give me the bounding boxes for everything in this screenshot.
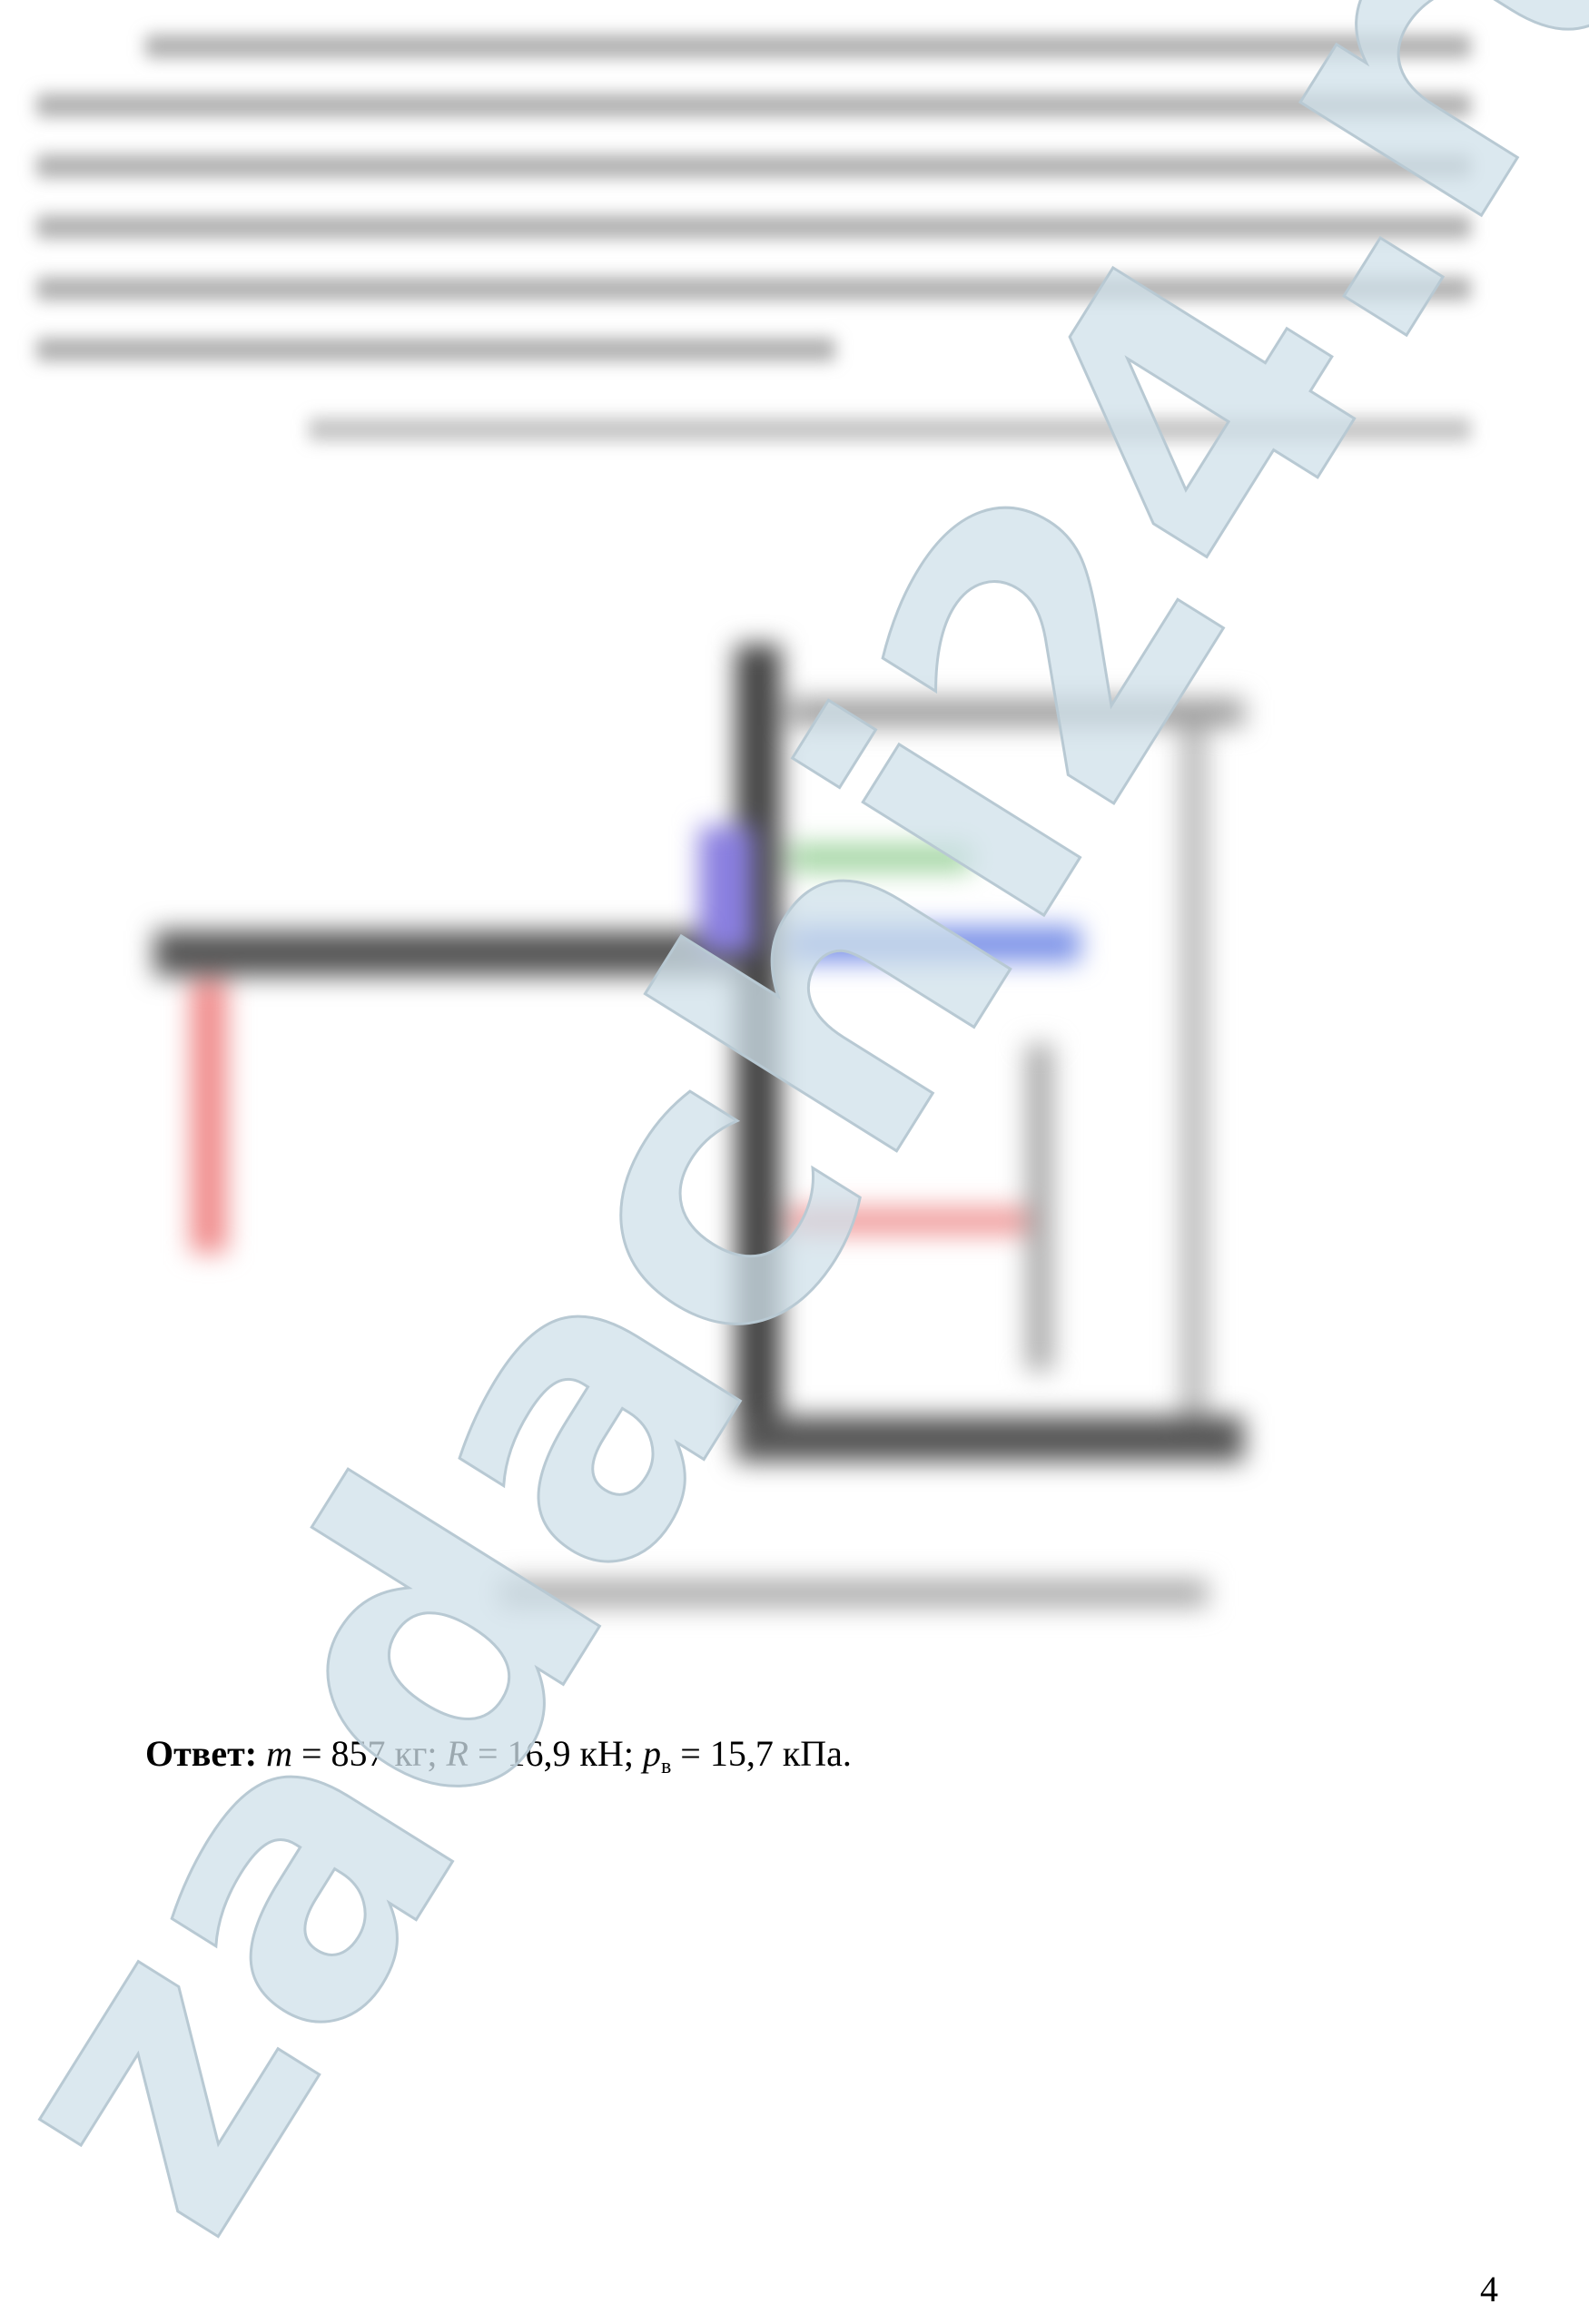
force-value: = 16,9 кН; — [469, 1733, 643, 1774]
pressure-symbol: p — [643, 1733, 661, 1774]
pressure-subscript: в — [661, 1755, 671, 1778]
force-symbol: R — [447, 1733, 469, 1774]
blurred-formula — [309, 418, 1471, 441]
answer-line: Ответ: m = 857 кг; R = 16,9 кН; pв = 15,… — [145, 1736, 852, 1777]
pressure-value: = 15,7 кПа. — [671, 1733, 852, 1774]
answer-label: Ответ: — [145, 1733, 257, 1774]
mass-value: = 857 кг; — [292, 1733, 447, 1774]
blurred-paragraph — [0, 0, 1589, 545]
page-number: 4 — [1480, 2268, 1498, 2310]
blurred-figure — [136, 617, 1317, 1652]
mass-symbol: m — [266, 1733, 292, 1774]
